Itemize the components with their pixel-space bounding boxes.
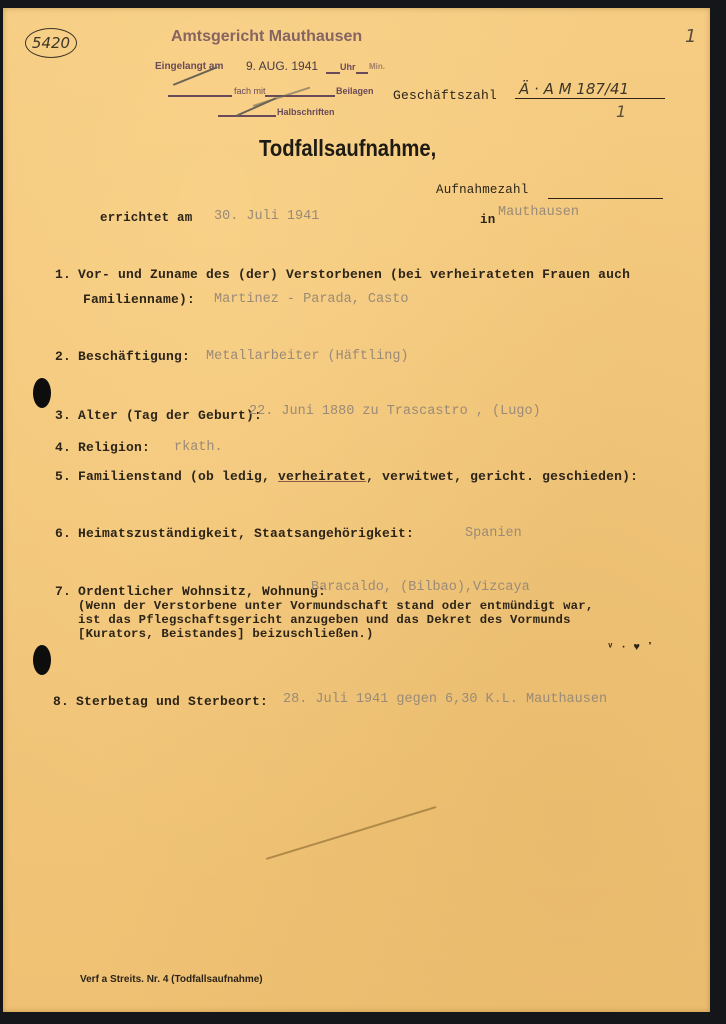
item-2-number: 2. — [55, 349, 71, 364]
item-4-number: 4. — [55, 440, 71, 455]
created-label: errichtet am — [100, 211, 192, 225]
case-number-value: Ä · A M 187/41 — [515, 80, 629, 98]
page-mark: 1 — [685, 26, 696, 47]
stamp-half-copies-line — [218, 115, 276, 117]
stamp-copies-label: fach mit — [234, 86, 266, 96]
form-footer: Verf a Streits. Nr. 4 (Todfallsaufnahme) — [80, 974, 263, 985]
stamp-copies-line — [168, 95, 232, 97]
item-4-value: rkath. — [174, 440, 223, 455]
item-1-label-line1: Vor- und Zuname des (der) Verstorbenen (… — [78, 267, 630, 282]
item-2-label: Beschäftigung: — [78, 349, 190, 364]
item-8-number: 8. — [53, 694, 69, 709]
page-title: Todfallsaufnahme, — [259, 135, 436, 162]
item-2-value: Metallarbeiter (Häftling) — [206, 349, 409, 364]
item-1-number: 1. — [55, 267, 71, 282]
item-7-value: Baracaldo, (Bilbao),Vizcaya — [311, 580, 530, 595]
case-number-sub: 1 — [616, 102, 626, 121]
item-5-label-suffix: , verwitwet, gericht. geschieden): — [366, 469, 638, 484]
stamp-minutes-line — [356, 72, 368, 74]
item-5-selected-status: verheiratet — [278, 469, 366, 484]
item-6-value: Spanien — [465, 526, 522, 541]
item-8-value: 28. Juli 1941 gegen 6,30 K.L. Mauthausen — [283, 692, 607, 707]
record-number-label: Aufnahmezahl — [436, 183, 528, 197]
punch-hole — [33, 378, 51, 408]
item-7-note-line3: [Kurators, Beistandes] beizuschließen.) — [78, 627, 374, 641]
item-7-note-line2: ist das Pflegschaftsgericht anzugeben un… — [78, 613, 571, 627]
item-5-label-prefix: Familienstand (ob ledig, — [78, 469, 278, 484]
record-number-field — [548, 186, 663, 199]
item-4-label: Religion: — [78, 440, 150, 455]
item-7-note-line1: (Wenn der Verstorbene unter Vormundschaf… — [78, 599, 593, 613]
item-6-label: Heimatszuständigkeit, Staatsangehörigkei… — [78, 526, 414, 541]
stamp-minutes-label: Min. — [369, 62, 385, 71]
punch-hole — [33, 645, 51, 675]
stamp-received-date: 9. AUG. 1941 — [246, 59, 318, 73]
place-value: Mauthausen — [498, 205, 579, 220]
item-5-number: 5. — [55, 469, 71, 484]
stamp-attachments-label: Beilagen — [336, 86, 374, 96]
stamp-court-name: Amtsgericht Mauthausen — [171, 28, 362, 46]
stamp-time-line — [326, 72, 340, 74]
ink-marks: ᵛ · ♥ ❜ — [607, 640, 653, 654]
item-5-label: Familienstand (ob ledig, verheiratet, ve… — [78, 469, 638, 484]
item-3-label: Alter (Tag der Geburt): — [78, 408, 262, 423]
stamp-time-label: Uhr — [340, 62, 356, 72]
item-1-label-line2: Familienname): — [83, 292, 195, 307]
archive-number: 5420 — [25, 28, 77, 58]
item-3-value: 22. Juni 1880 zu Trascastro , (Lugo) — [249, 404, 541, 419]
stamp-half-copies-label: Halbschriften — [277, 107, 335, 117]
item-3-number: 3. — [55, 408, 71, 423]
item-1-value: Martinez - Parada, Casto — [214, 292, 408, 307]
pencil-strike-line — [266, 806, 437, 859]
created-date: 30. Juli 1941 — [214, 209, 319, 224]
item-7-label: Ordentlicher Wohnsitz, Wohnung: — [78, 584, 326, 599]
item-6-number: 6. — [55, 526, 71, 541]
case-number-label: Geschäftszahl — [393, 88, 497, 103]
item-7-number: 7. — [55, 584, 71, 599]
item-8-label: Sterbetag und Sterbeort: — [76, 694, 268, 709]
case-number-field: Ä · A M 187/41 — [515, 80, 665, 99]
place-label: in — [480, 213, 495, 227]
document-page: 5420 1 Amtsgericht Mauthausen Eingelangt… — [3, 8, 710, 1012]
